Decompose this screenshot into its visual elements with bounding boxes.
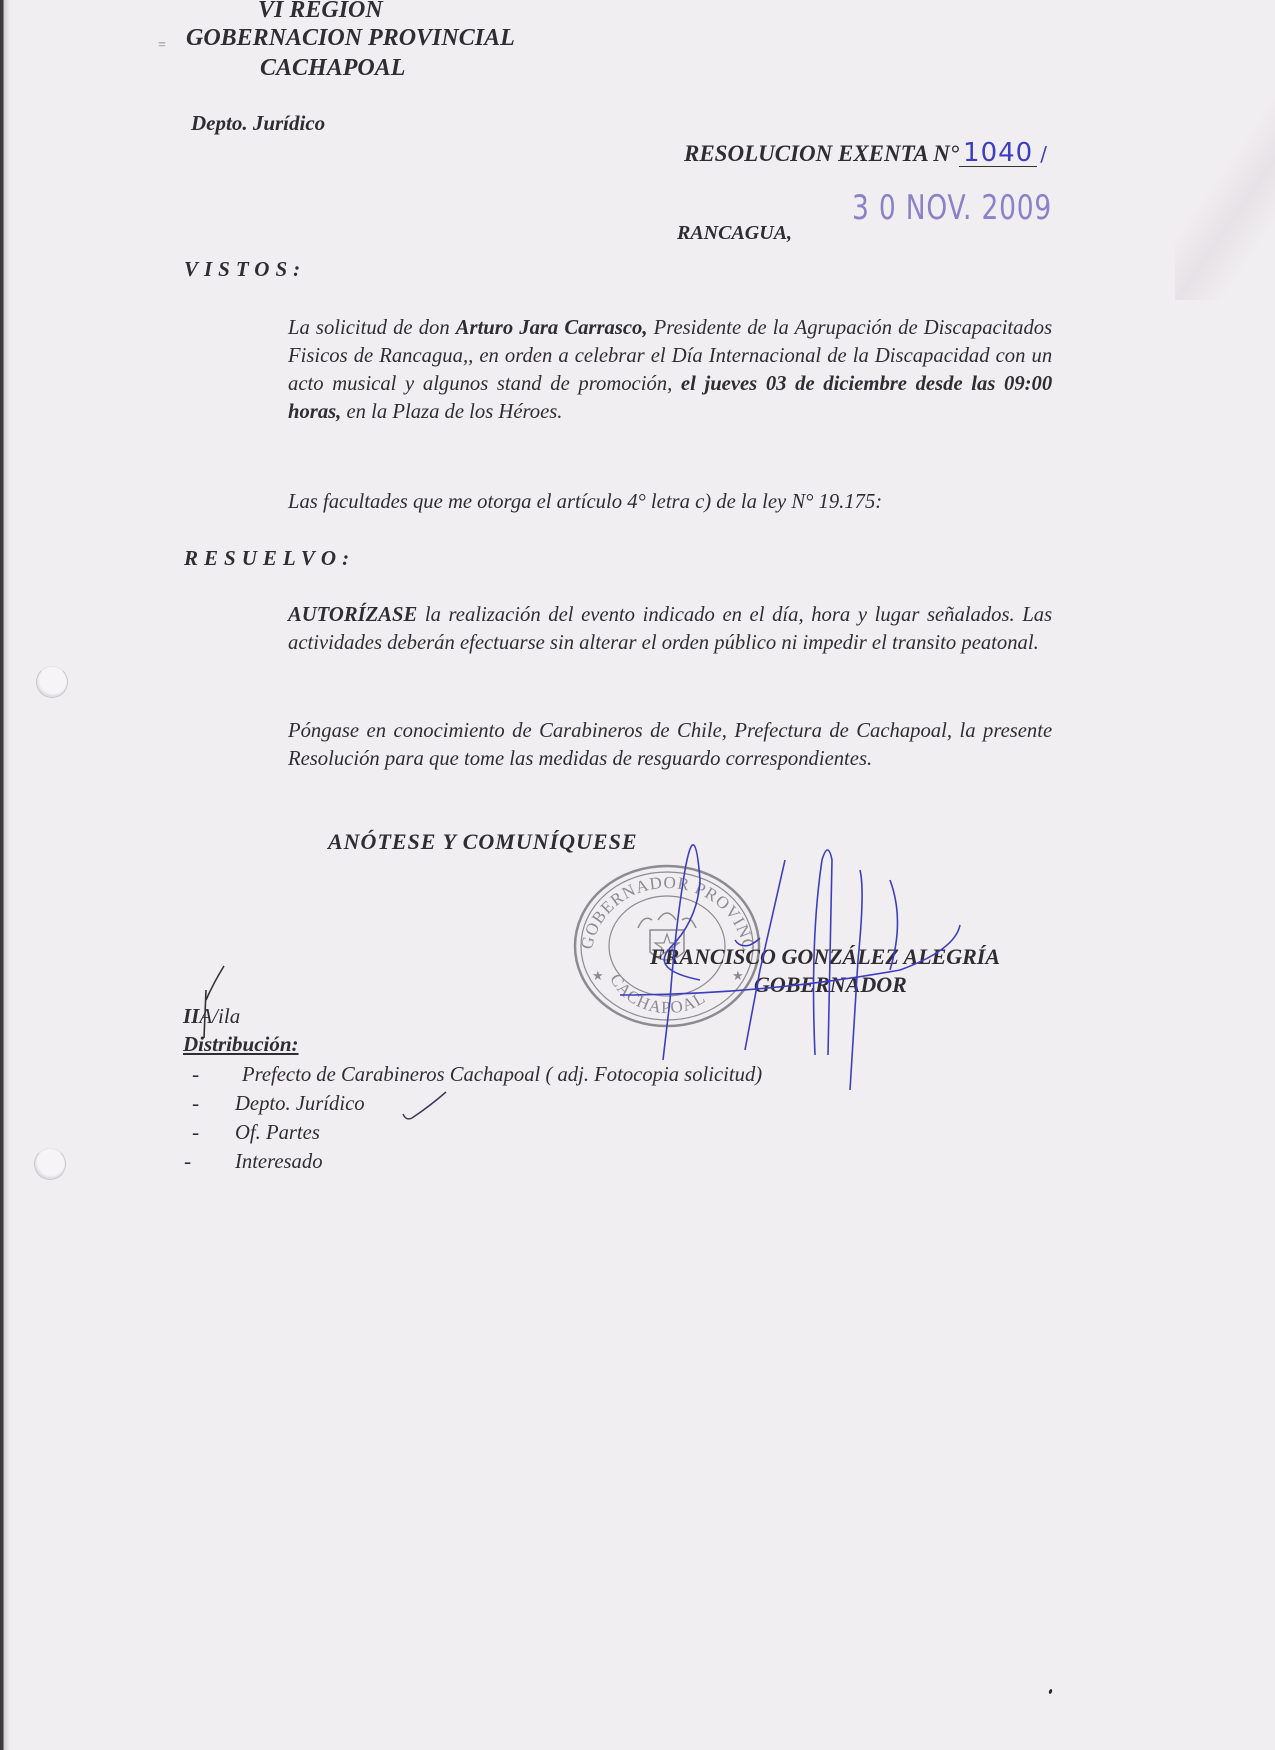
resolution-label: RESOLUCION EXENTA N° xyxy=(684,141,959,166)
city-label: RANCAGUA, xyxy=(677,222,792,245)
department-label: Depto. Jurídico xyxy=(191,111,325,136)
resuelvo-paragraph-1: AUTORÍZASE la realización del evento ind… xyxy=(288,600,1052,656)
margin-mark: = xyxy=(158,38,166,54)
header-office: GOBERNACION PROVINCIAL xyxy=(186,24,515,52)
handwritten-tick-icon xyxy=(190,960,230,1040)
header-province: CACHAPOAL xyxy=(260,54,405,82)
signer-title: GOBERNADOR xyxy=(754,972,907,998)
checkmark-icon xyxy=(400,1088,450,1124)
header-region: VI REGION xyxy=(258,0,383,24)
official-seal-icon: GOBERNADOR PROVINCIAL CACHAPOAL ★ ★ xyxy=(570,858,765,1028)
scan-edge-shadow xyxy=(0,0,10,1750)
resolution-number-suffix: / xyxy=(1040,142,1047,166)
scan-speck xyxy=(1048,1689,1053,1695)
resolution-heading: RESOLUCION EXENTA N°1040/ xyxy=(684,140,1047,167)
resuelvo-paragraph-2: Póngase en conocimiento de Carabineros d… xyxy=(288,716,1052,772)
distribution-title: Distribución: xyxy=(183,1032,299,1057)
section-title-vistos: VISTOS: xyxy=(184,257,306,282)
resolution-number: 1040 xyxy=(959,140,1037,167)
vistos-paragraph-1: La solicitud de don Arturo Jara Carrasco… xyxy=(288,313,1052,425)
section-title-resuelvo: RESUELVO: xyxy=(184,546,355,571)
svg-text:CACHAPOAL: CACHAPOAL xyxy=(606,971,709,1018)
svg-text:★: ★ xyxy=(592,968,604,983)
svg-text:★: ★ xyxy=(732,968,744,983)
punch-hole xyxy=(34,1148,66,1180)
seal-bottom-text: CACHAPOAL xyxy=(606,971,709,1018)
punch-hole xyxy=(36,666,68,698)
closing-formula: ANÓTESE Y COMUNÍQUESE xyxy=(328,829,638,855)
date-stamp: 3 0 NOV. 2009 xyxy=(852,188,1052,228)
vistos-paragraph-2: Las facultades que me otorga el artículo… xyxy=(288,487,1052,515)
signer-name: FRANCISCO GONZÁLEZ ALEGRÍA xyxy=(650,944,1000,970)
paper-crease xyxy=(1175,60,1275,300)
